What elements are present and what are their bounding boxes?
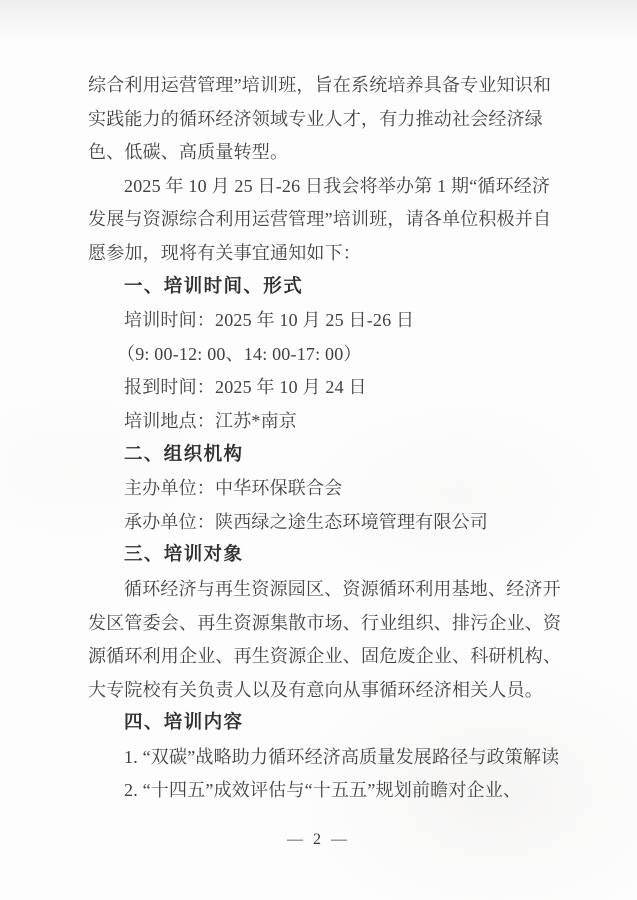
text-line: 大专院校有关负责人以及有意向从事循环经济相关人员。 xyxy=(88,674,560,708)
text-line: 源循环利用企业、再生资源企业、固危废企业、科研机构、 xyxy=(88,640,560,674)
detail-line: 报到时间：2025 年 10 月 24 日 xyxy=(88,371,560,405)
text-line: 愿参加，现将有关事宜通知如下： xyxy=(88,237,560,271)
detail-line: 主办单位：中华环保联合会 xyxy=(88,472,560,506)
detail-line: （9: 00-12: 00、14: 00-17: 00） xyxy=(88,338,560,372)
text-line: 综合利用运营管理”培训班，旨在系统培养具备专业知识和 xyxy=(88,69,560,103)
text-line: 色、低碳、高质量转型。 xyxy=(88,136,560,170)
detail-line: 培训时间：2025 年 10 月 25 日-26 日 xyxy=(88,304,560,338)
text-line: 2025 年 10 月 25 日-26 日我会将举办第 1 期“循环经济 xyxy=(88,170,560,204)
page-number: — 2 — xyxy=(287,831,350,848)
text-line: 发展与资源综合利用运营管理”培训班，请各单位积极并自 xyxy=(88,203,560,237)
section-heading: 二、组织机构 xyxy=(88,439,560,473)
section-heading: 三、培训对象 xyxy=(88,539,560,573)
detail-line: 2. “十四五”成效评估与“十五五”规划前瞻对企业、 xyxy=(88,774,560,808)
text-line: 发区管委会、再生资源集散市场、行业组织、排污企业、资 xyxy=(88,607,560,641)
detail-line: 培训地点：江苏*南京 xyxy=(88,405,560,439)
section-heading: 四、培训内容 xyxy=(88,707,560,741)
text-line: 循环经济与再生资源园区、资源循环利用基地、经济开 xyxy=(88,573,560,607)
document-body: 综合利用运营管理”培训班，旨在系统培养具备专业知识和实践能力的循环经济领域专业人… xyxy=(88,69,560,808)
detail-line: 1. “双碳”战略助力循环经济高质量发展路径与政策解读 xyxy=(88,741,560,775)
detail-line: 承办单位：陕西绿之途生态环境管理有限公司 xyxy=(88,506,560,540)
section-heading: 一、培训时间、形式 xyxy=(88,271,560,305)
document-page: 综合利用运营管理”培训班，旨在系统培养具备专业知识和实践能力的循环经济领域专业人… xyxy=(0,0,637,900)
page-footer: — 2 — xyxy=(0,831,637,849)
text-line: 实践能力的循环经济领域专业人才，有力推动社会经济绿 xyxy=(88,103,560,137)
